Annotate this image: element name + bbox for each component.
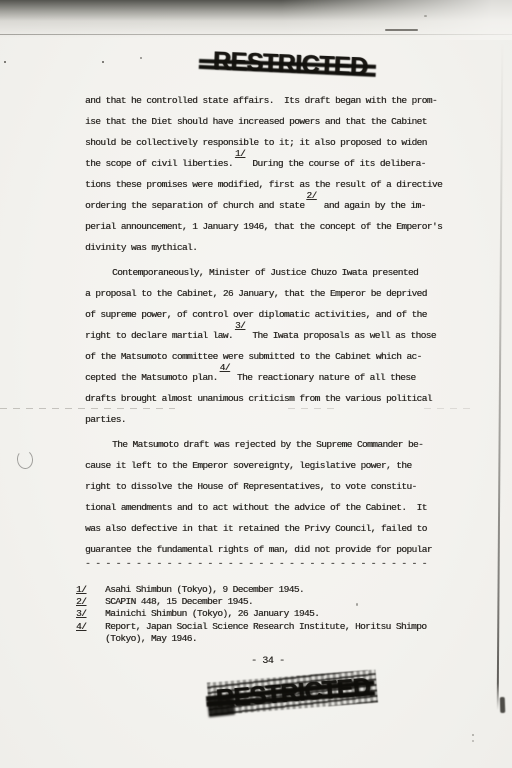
classification-stamp-top: RESTRICTED [212,47,368,82]
text-segment: divinity was mythical. [85,242,197,253]
footnote-text-line: Asahi Shimbun (Tokyo), 9 December 1945. [105,584,304,596]
text-segment: and that he controlled state affairs. It… [85,95,437,106]
text-segment: Contemporaneously, Minister of Justice C… [112,267,418,278]
text-segment: of supreme power, of control over diplom… [85,309,427,320]
paragraph: Contemporaneously, Minister of Justice C… [85,262,485,430]
text-line: and that he controlled state affairs. It… [85,90,485,111]
text-line: cepted the Matsumoto plan.4/ The reactio… [85,367,485,388]
scan-crease-end [500,697,506,713]
footnote-reference: 4/ [220,357,230,378]
text-segment: perial announcement, 1 January 1946, tha… [85,221,442,232]
footnote-text-line: Mainichi Shimbun (Tokyo), 26 January 194… [105,608,319,620]
text-line: should be collectively responsible to it… [85,132,485,153]
text-line: ise that the Diet should have increased … [85,111,485,132]
text-segment: cepted the Matsumoto plan. [85,372,218,383]
ink-speck [424,15,427,17]
text-segment: should be collectively responsible to it… [85,137,427,148]
ink-speck [102,61,104,63]
text-line: right to declare martial law.3/ The Iwat… [85,325,485,346]
scan-crease-line [0,408,175,409]
text-segment: ise that the Diet should have increased … [85,116,427,127]
footnote-reference: 1/ [235,143,245,164]
footnote-text: SCAPIN 448, 15 December 1945. [105,596,253,608]
text-segment: The reactionary nature of all these [232,372,416,383]
text-line: guarantee the fundamental rights of man,… [85,539,485,560]
footnote: 4/Report, Japan Social Science Research … [76,621,426,645]
text-segment: guarantee the fundamental rights of man,… [85,544,432,555]
text-segment: The Matsumoto draft was rejected by the … [112,439,423,450]
text-line: divinity was mythical. [85,237,485,258]
text-line: a proposal to the Cabinet, 26 January, t… [85,283,485,304]
text-line: parties. [85,409,485,430]
scan-crease-vertical [497,42,504,710]
footnote-reference: 3/ [235,315,245,336]
scan-mark [385,29,418,31]
paragraph: and that he controlled state affairs. It… [85,90,485,258]
footnote-reference: 2/ [306,185,316,206]
scanned-document-page: RESTRICTED and that he controlled state … [0,0,512,768]
ink-speck [140,57,142,59]
classification-stamp-bottom: RESTRICTED [215,673,372,714]
footnote-marker: 2/ [76,596,105,608]
text-segment: right to declare martial law. [85,330,233,341]
footnote-text: Mainichi Shimbun (Tokyo), 26 January 194… [105,608,319,620]
footnote-marker: 1/ [76,584,105,596]
text-line: The Matsumoto draft was rejected by the … [85,434,485,455]
text-line: ordering the separation of church and st… [85,195,485,216]
text-segment: a proposal to the Cabinet, 26 January, t… [85,288,427,299]
text-line: of supreme power, of control over diplom… [85,304,485,325]
document-body: and that he controlled state affairs. It… [85,90,485,560]
footnotes: 1/Asahi Shimbun (Tokyo), 9 December 1945… [76,584,426,645]
text-segment: tions these promises were modified, firs… [85,179,442,190]
footnote-marker: 3/ [76,608,105,620]
text-segment: right to dissolve the House of Represent… [85,481,417,492]
text-line: drafts brought almost unanimous criticis… [85,388,485,409]
footnote-text: Report, Japan Social Science Research In… [105,621,426,645]
text-segment: During the course of its delibera- [247,158,426,169]
ink-speck [472,734,474,736]
text-segment: the scope of civil liberties. [85,158,233,169]
text-segment: The Iwata proposals as well as those [247,330,436,341]
footnote-text-line: (Tokyo), May 1946. [105,633,426,645]
footnote-text-line: SCAPIN 448, 15 December 1945. [105,596,253,608]
text-line: perial announcement, 1 January 1946, tha… [85,216,485,237]
paragraph: The Matsumoto draft was rejected by the … [85,434,485,560]
footnote-separator-line: - - - - - - - - - - - - - - - - - - - - … [85,558,427,570]
text-line: right to dissolve the House of Represent… [85,476,485,497]
text-segment: ordering the separation of church and st… [85,200,304,211]
text-line: tions these promises were modified, firs… [85,174,485,195]
footnote-text: Asahi Shimbun (Tokyo), 9 December 1945. [105,584,304,596]
footnote: 1/Asahi Shimbun (Tokyo), 9 December 1945… [76,584,426,596]
footnote: 2/SCAPIN 448, 15 December 1945. [76,596,426,608]
text-segment: of the Matsumoto committee were submitte… [85,351,422,362]
text-segment: and again by the im- [319,200,426,211]
footnote-marker: 4/ [76,621,105,645]
text-line: Contemporaneously, Minister of Justice C… [85,262,485,283]
text-segment: drafts brought almost unanimous criticis… [85,393,432,404]
ink-speck [356,603,358,606]
text-segment: cause it left to the Emperor sovereignty… [85,460,411,471]
text-segment: parties. [85,414,126,425]
text-line: of the Matsumoto committee were submitte… [85,346,485,367]
footnote: 3/Mainichi Shimbun (Tokyo), 26 January 1… [76,608,426,620]
text-line: tional amendments and to act without the… [85,497,485,518]
page-number: - 34 - [251,656,285,668]
ink-speck [4,61,6,63]
text-line: was also defective in that it retained t… [85,518,485,539]
footnote-text-line: Report, Japan Social Science Research In… [105,621,426,633]
scan-crease-line [424,408,470,409]
ink-speck [472,740,474,742]
text-segment: tional amendments and to act without the… [85,502,427,513]
pencil-margin-mark [16,449,34,470]
scan-crease-line [288,408,340,409]
text-segment: was also defective in that it retained t… [85,523,427,534]
scan-fold-line [0,34,512,35]
text-line: cause it left to the Emperor sovereignty… [85,455,485,476]
text-line: the scope of civil liberties.1/ During t… [85,153,485,174]
